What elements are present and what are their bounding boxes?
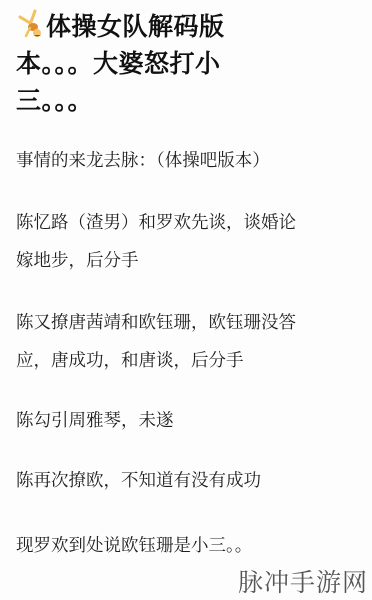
paragraph-5: 现罗欢到处说欧钰珊是小三。。 <box>16 527 366 565</box>
paragraph-2: 陈又撩唐茜靖和欧钰珊，欧钰珊没答 应，唐成功，和唐谈，后分手 <box>16 304 366 380</box>
paragraph-line: 陈再次撩欧，不知道有没有成功 <box>16 462 366 500</box>
title-text-1: 体操女队解码版 <box>46 12 225 41</box>
paragraph-1: 陈忆路（渣男）和罗欢先谈，谈婚论 嫁地步，后分手 <box>16 204 366 280</box>
paragraph-line: 嫁地步，后分手 <box>16 242 366 280</box>
paragraph-line: 陈又撩唐茜靖和欧钰珊，欧钰珊没答 <box>16 304 366 342</box>
paragraph-line: 现罗欢到处说欧钰珊是小三。。 <box>16 527 366 565</box>
title-line-2: 本。。。大婆怒打小 <box>16 45 366 82</box>
paragraph-intro: 事情的来龙去脉：（体操吧版本） <box>16 142 366 180</box>
title-line-3: 三。。。 <box>16 82 366 119</box>
paragraph-line: 事情的来龙去脉：（体操吧版本） <box>16 142 366 180</box>
paragraph-line: 陈忆路（渣男）和罗欢先谈，谈婚论 <box>16 204 366 242</box>
person-cartwheel-icon <box>16 9 44 39</box>
post-title: 体操女队解码版 本。。。大婆怒打小 三。。。 <box>16 8 366 119</box>
paragraph-line: 陈勾引周雅琴，未遂 <box>16 402 366 440</box>
paragraph-line: 应，唐成功，和唐谈，后分手 <box>16 342 366 380</box>
site-watermark: 脉冲手游网 <box>238 563 368 599</box>
paragraph-3: 陈勾引周雅琴，未遂 <box>16 402 366 440</box>
title-line-1: 体操女队解码版 <box>16 8 366 45</box>
paragraph-4: 陈再次撩欧，不知道有没有成功 <box>16 462 366 500</box>
